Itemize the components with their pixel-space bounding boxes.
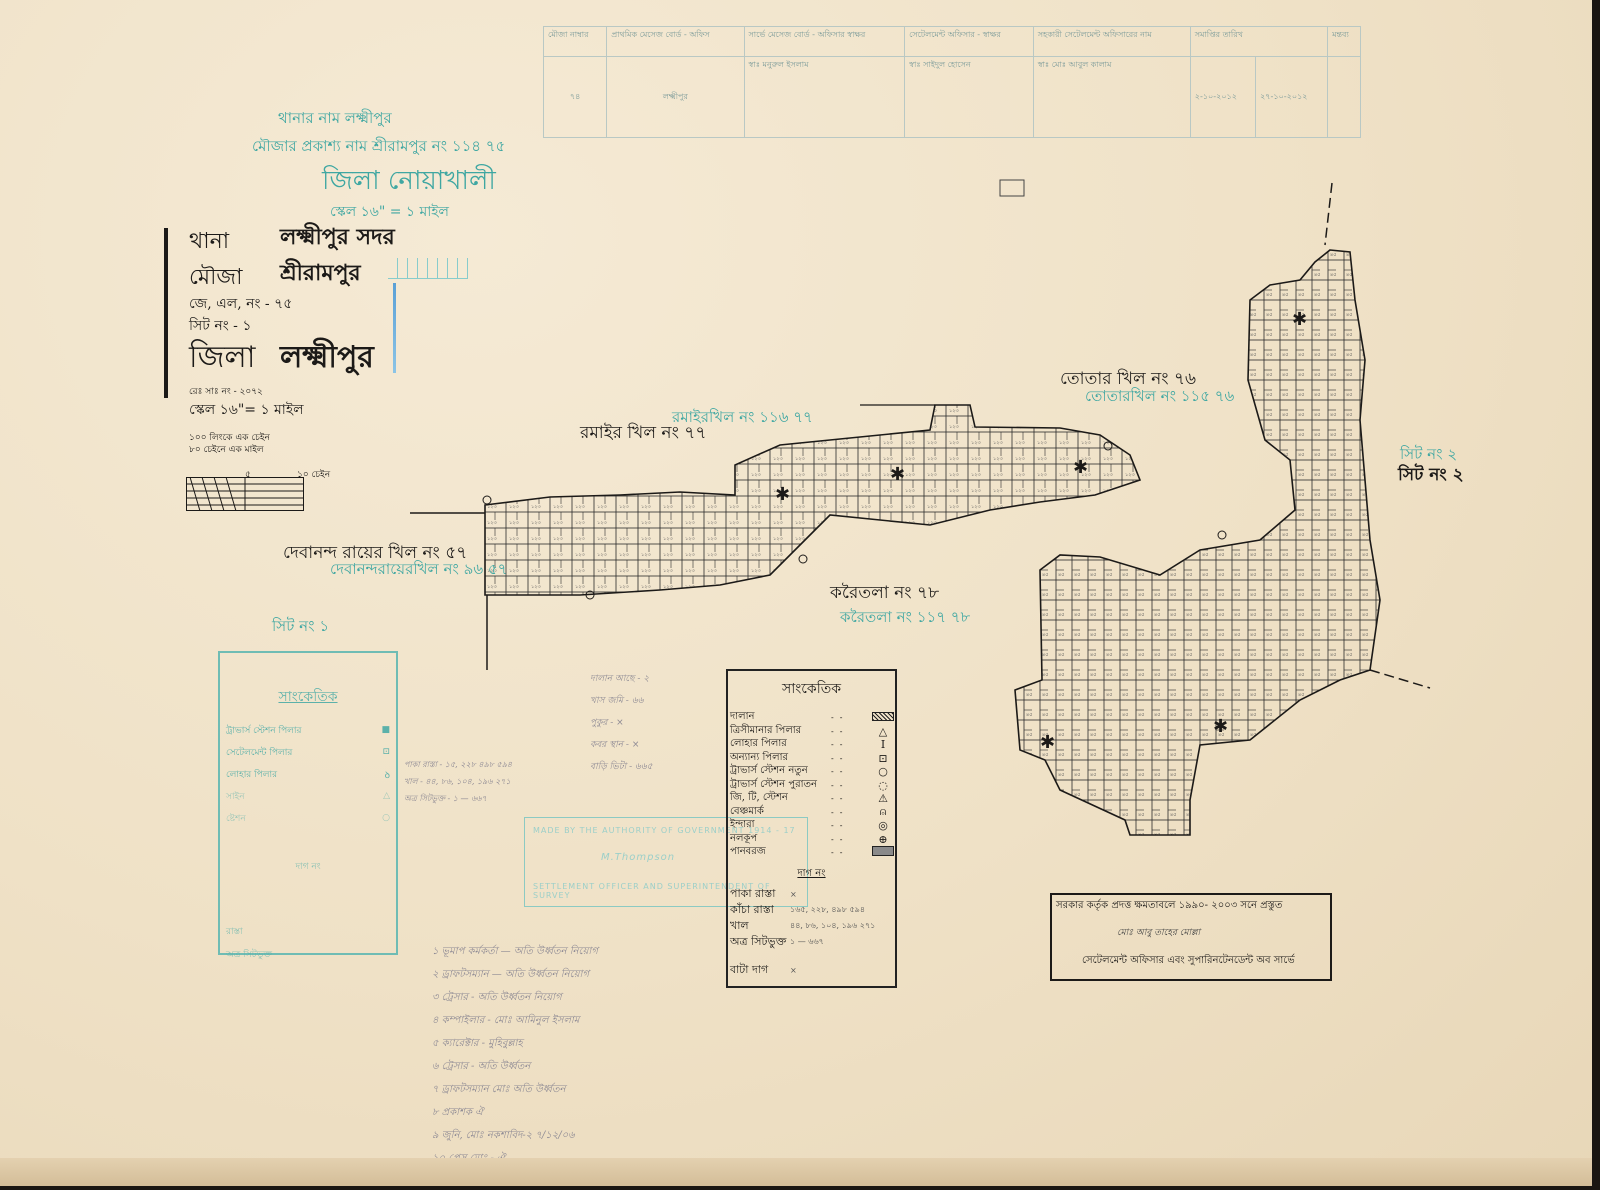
gt-station-icon: ⚠ [871,792,895,805]
legend-title: সাংকেতিক [728,677,895,701]
sheet-one-teal: সিট নং ১ [272,615,329,640]
adjacent-mouza-south-teal: করৈতলা নং ১১৭ ৭৮ [840,606,970,631]
authority-box: সরকার কর্তৃক প্রদত্ত ক্ষমতাবলে ১৯৯০- ২০০… [1050,893,1332,981]
svg-text:✱: ✱ [1213,716,1228,737]
other-pillar-icon: ⊡ [871,752,895,765]
circle-new-station-icon: ○ [871,765,895,778]
benchmark-icon: ⍝ [871,805,895,819]
map-legend: সাংকেতিক দালান-- ত্রিসীমানার পিলার--△ লো… [726,669,897,988]
adjacent-mouza-north-west-teal: রমাইরখিল নং ১১৬ ৭৭ [672,406,813,431]
triangle-pillar-icon: △ [871,725,895,738]
adjacent-mouza-south: করৈতলা নং ৭৮ [830,580,939,608]
dag-title: দাগ নং [728,866,895,883]
well-icon: ◎ [871,819,895,832]
adjacent-mouza-west-teal: দেবানন্দরায়েরখিল নং ৯৬ ৫৭ [330,558,507,583]
svg-text:✱: ✱ [1292,309,1307,330]
parcel-region-east [1015,250,1380,835]
hatched-building-icon [871,711,895,724]
pencil-notes-bottom: ১ ভূমাপ কর্মকর্তা — অতি উর্ধ্বতন নিয়োগ২… [432,940,598,1170]
tubewell-icon: ⊕ [871,833,895,846]
sheet-two: সিট নং ২ [1398,462,1464,490]
authority-line: সরকার কর্তৃক প্রদত্ত ক্ষমতাবলে ১৯৯০- ২০০… [1056,898,1282,915]
authority-title: সেটেলমেন্ট অফিসার এবং সুপারিনটেনডেন্ট অব… [1082,953,1295,970]
authority-signature: মোঃ আবু তাহের মোল্লা [1117,925,1200,940]
dotted-circle-old-station-icon: ◌ [871,779,895,792]
pencil-notes-left: পাকা রাস্তা - ১৫, ২২৮ ৪৯৮ ৫৯৪খাল - ৪৪, ৮… [404,756,512,807]
iron-pillar-icon: I [871,738,895,751]
cadastral-map[interactable]: ১২৩ ৪৫ ✱✱✱ ✱✱✱ [0,0,1600,1190]
legend-item: পানবরজ-- [728,846,895,860]
svg-text:✱: ✱ [775,484,790,505]
svg-text:✱: ✱ [890,464,905,485]
betel-garden-icon [871,846,895,859]
adjacent-mouza-north-teal: তোতারখিল নং ১১৫ ৭৬ [1085,385,1234,410]
dag-row: বাটা দাগ× [728,963,895,979]
map-sheet: মৌজা নাম্বার প্রাথমিক মেসেজ বোর্ড - অফিস… [0,0,1592,1186]
svg-text:✱: ✱ [1073,457,1088,478]
pencil-notes-mid: দালান আছে - ২খাস জমি - ৬৬ পুকুর - ×কবর স… [590,668,653,778]
dag-row: অত্র সিটভুক্ত১ — ৬৬৭ [728,935,895,951]
svg-text:✱: ✱ [1040,732,1055,753]
teal-legend: সাংকেতিক ট্রাভার্স স্টেশন পিলার■ সেটেলমে… [218,651,398,955]
